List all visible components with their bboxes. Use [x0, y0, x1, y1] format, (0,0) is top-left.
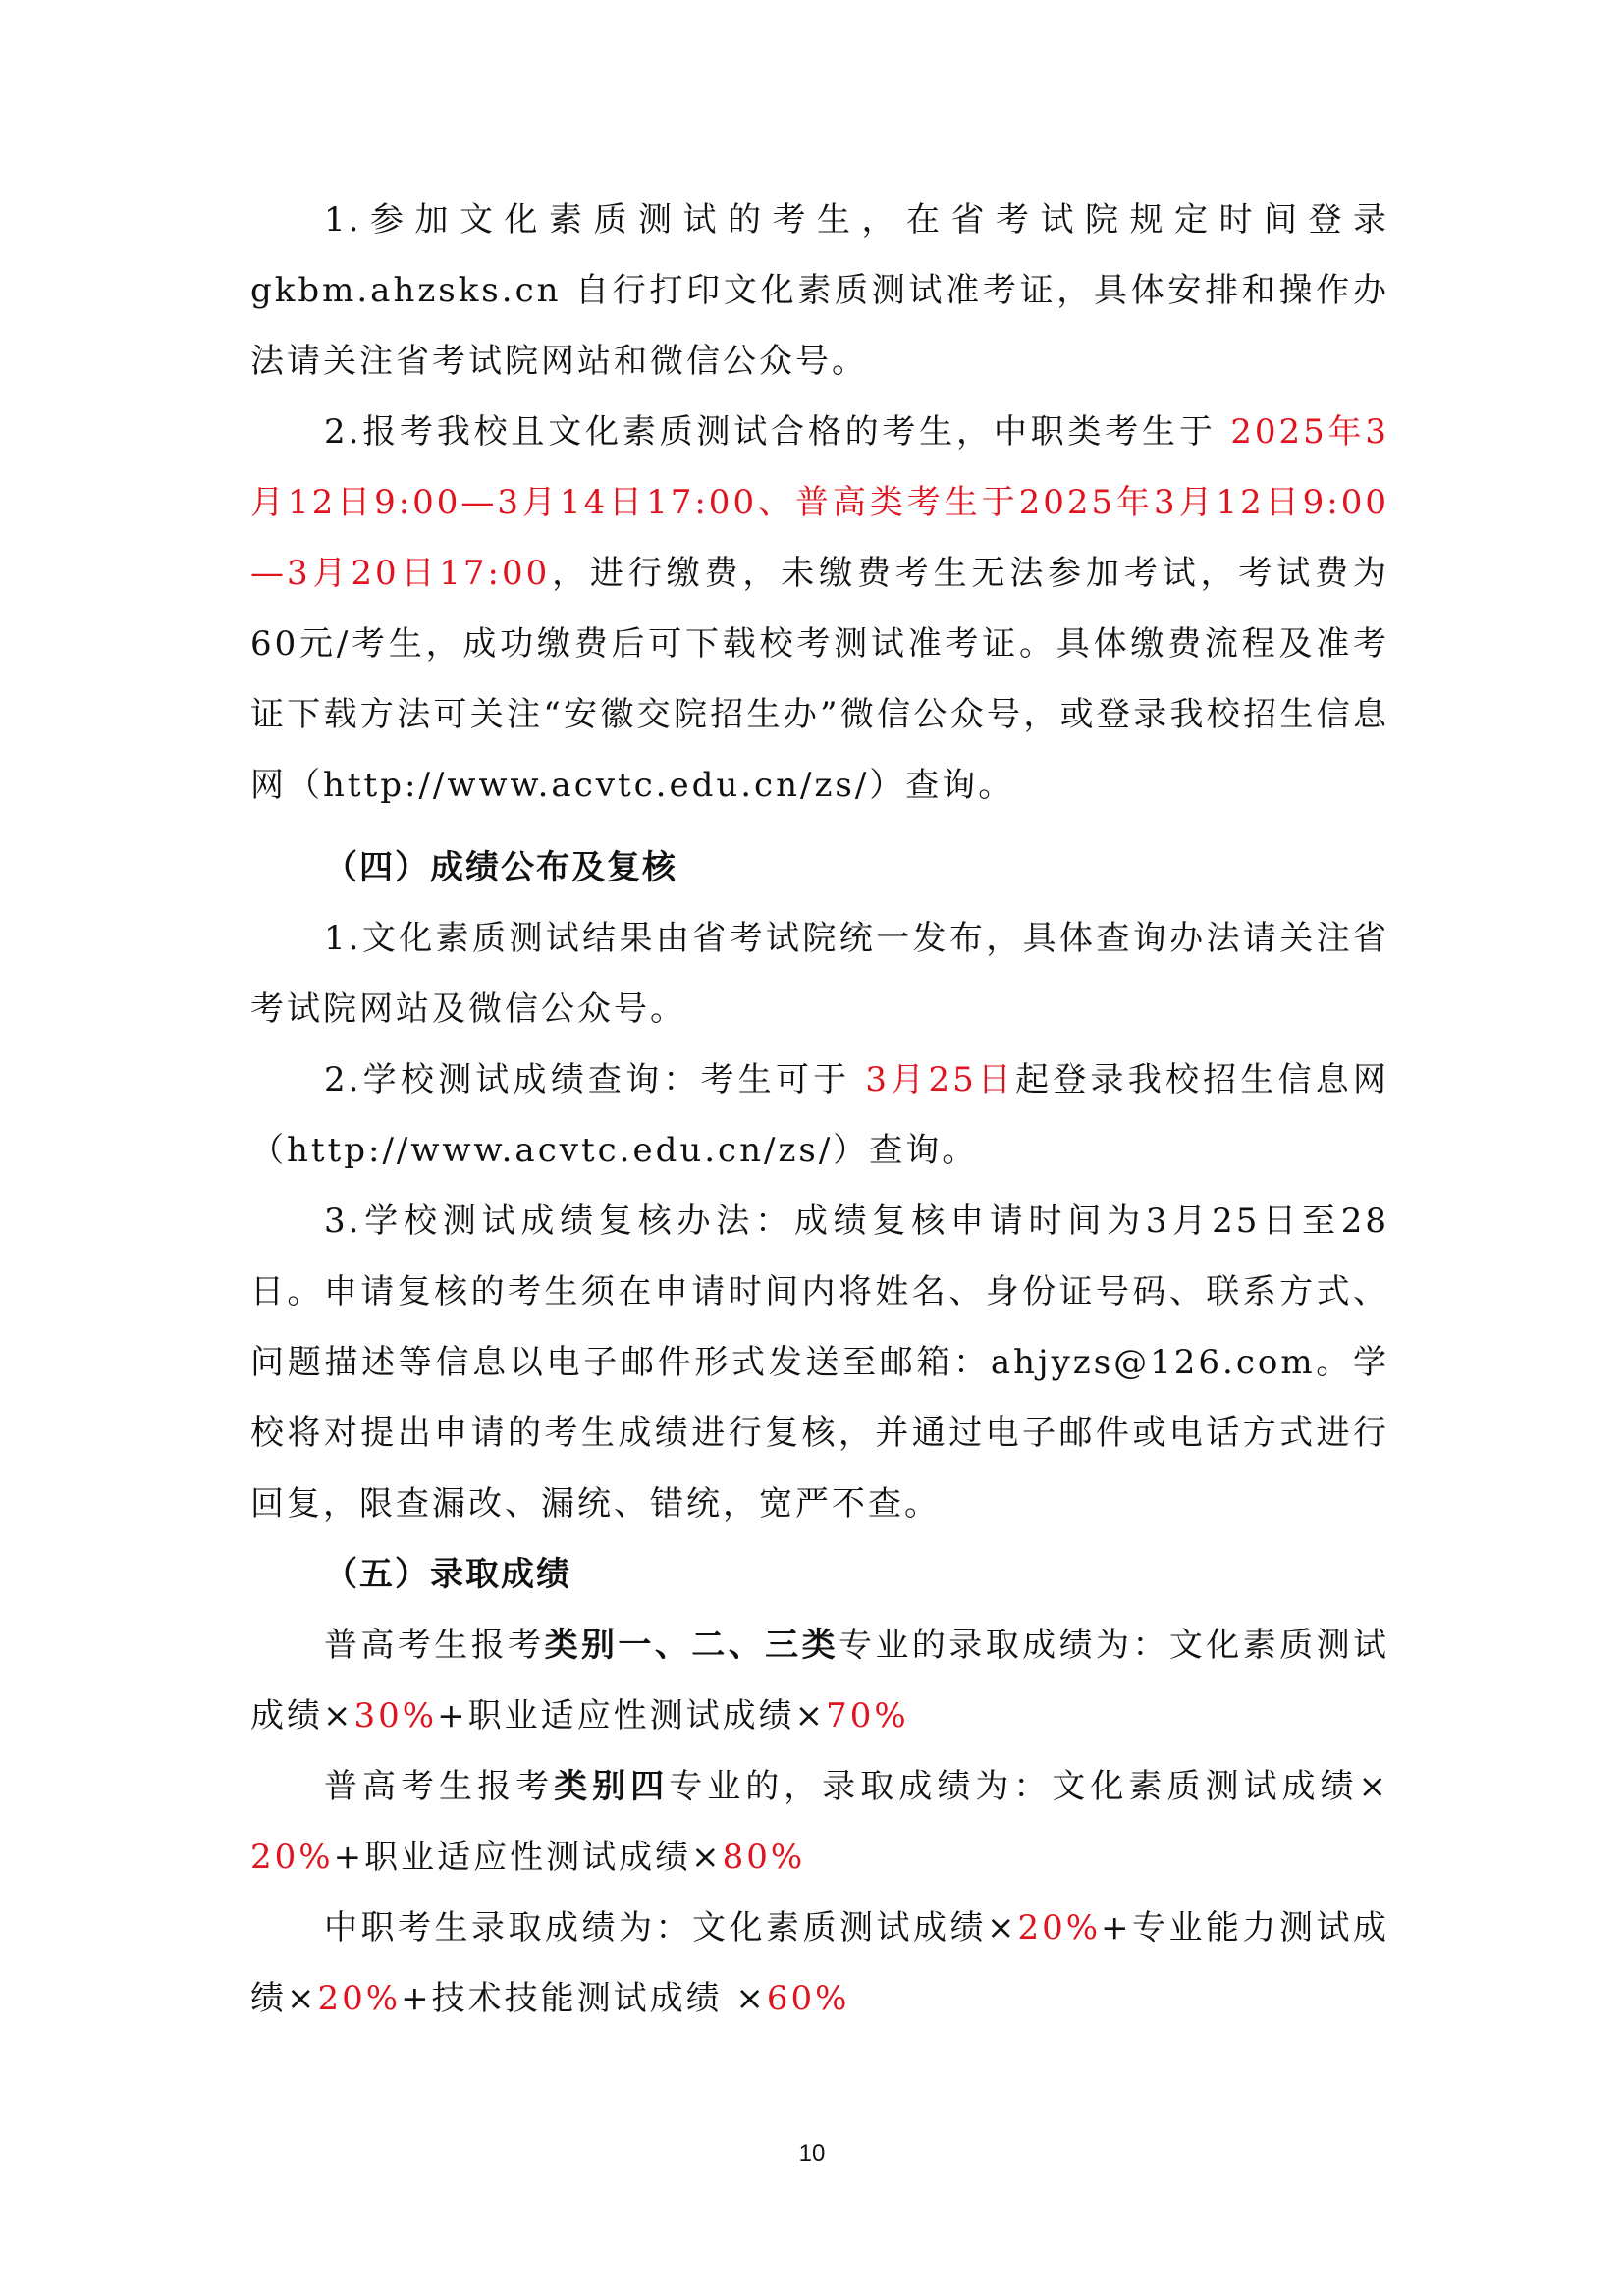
weight-percent: 80% [723, 1838, 806, 1877]
paragraph-text: 2.学校测试成绩查询：考生可于 [324, 1060, 865, 1099]
paragraph-admit-card-print: 1.参加文化素质测试的考生，在省考试院规定时间登录gkbm.ahzsks.cn … [250, 185, 1389, 397]
paragraph-text: 1.参加文化素质测试的考生，在省考试院规定时间登录gkbm.ahzsks.cn … [250, 200, 1389, 381]
paragraph-text: +职业适应性测试成绩× [334, 1838, 723, 1877]
category-emphasis: 类别四 [554, 1767, 669, 1806]
paragraph-culture-test-results: 1.文化素质测试结果由省考试院统一发布，具体查询办法请关注省考试院网站及微信公众… [250, 903, 1389, 1044]
weight-percent: 60% [767, 1979, 850, 2018]
paragraph-text: 中职考生录取成绩为：文化素质测试成绩× [324, 1908, 1017, 1948]
paragraph-score-review: 3.学校测试成绩复核办法：成绩复核申请时间为3月25日至28日。申请复核的考生须… [250, 1186, 1389, 1539]
paragraph-text: 专业的，录取成绩为：文化素质测试成绩× [669, 1767, 1389, 1806]
paragraph-text: 普高考生报考 [324, 1626, 545, 1665]
weight-percent: 30% [354, 1696, 438, 1735]
weight-percent: 20% [318, 1979, 402, 2018]
paragraph-text: +技术技能测试成绩 × [401, 1979, 767, 2018]
document-page: 1.参加文化素质测试的考生，在省考试院规定时间登录gkbm.ahzsks.cn … [0, 0, 1624, 2296]
query-date-highlight: 3月25日 [865, 1060, 1015, 1099]
paragraph-text: 普高考生报考 [324, 1767, 554, 1806]
paragraph-text: +职业适应性测试成绩× [437, 1696, 826, 1735]
paragraph-admission-rule-category-4: 普高考生报考类别四专业的，录取成绩为：文化素质测试成绩× 20%+职业适应性测试… [250, 1751, 1389, 1893]
section-heading-results: （四）成绩公布及复核 [324, 832, 677, 903]
paragraph-school-score-query: 2.学校测试成绩查询：考生可于 3月25日起登录我校招生信息网（http://w… [250, 1044, 1389, 1186]
weight-percent: 20% [1017, 1908, 1101, 1948]
paragraph-admission-rule-vocational: 中职考生录取成绩为：文化素质测试成绩×20%+专业能力测试成绩×20%+技术技能… [250, 1893, 1389, 2034]
section-heading-admission-score: （五）录取成绩 [324, 1539, 571, 1610]
paragraph-text: 2.报考我校且文化素质测试合格的考生，中职类考生于 [324, 412, 1230, 452]
weight-percent: 70% [826, 1696, 909, 1735]
paragraph-payment: 2.报考我校且文化素质测试合格的考生，中职类考生于 2025年3月12日9:00… [250, 397, 1389, 821]
paragraph-text: 3.学校测试成绩复核办法：成绩复核申请时间为3月25日至28日。申请复核的考生须… [250, 1201, 1389, 1523]
page-number: 10 [0, 2140, 1624, 2167]
weight-percent: 20% [250, 1838, 334, 1877]
category-emphasis: 类别一、二、三类 [545, 1626, 839, 1665]
paragraph-admission-rule-categories-1-3: 普高考生报考类别一、二、三类专业的录取成绩为：文化素质测试成绩×30%+职业适应… [250, 1610, 1389, 1751]
paragraph-text: 1.文化素质测试结果由省考试院统一发布，具体查询办法请关注省考试院网站及微信公众… [250, 919, 1389, 1029]
